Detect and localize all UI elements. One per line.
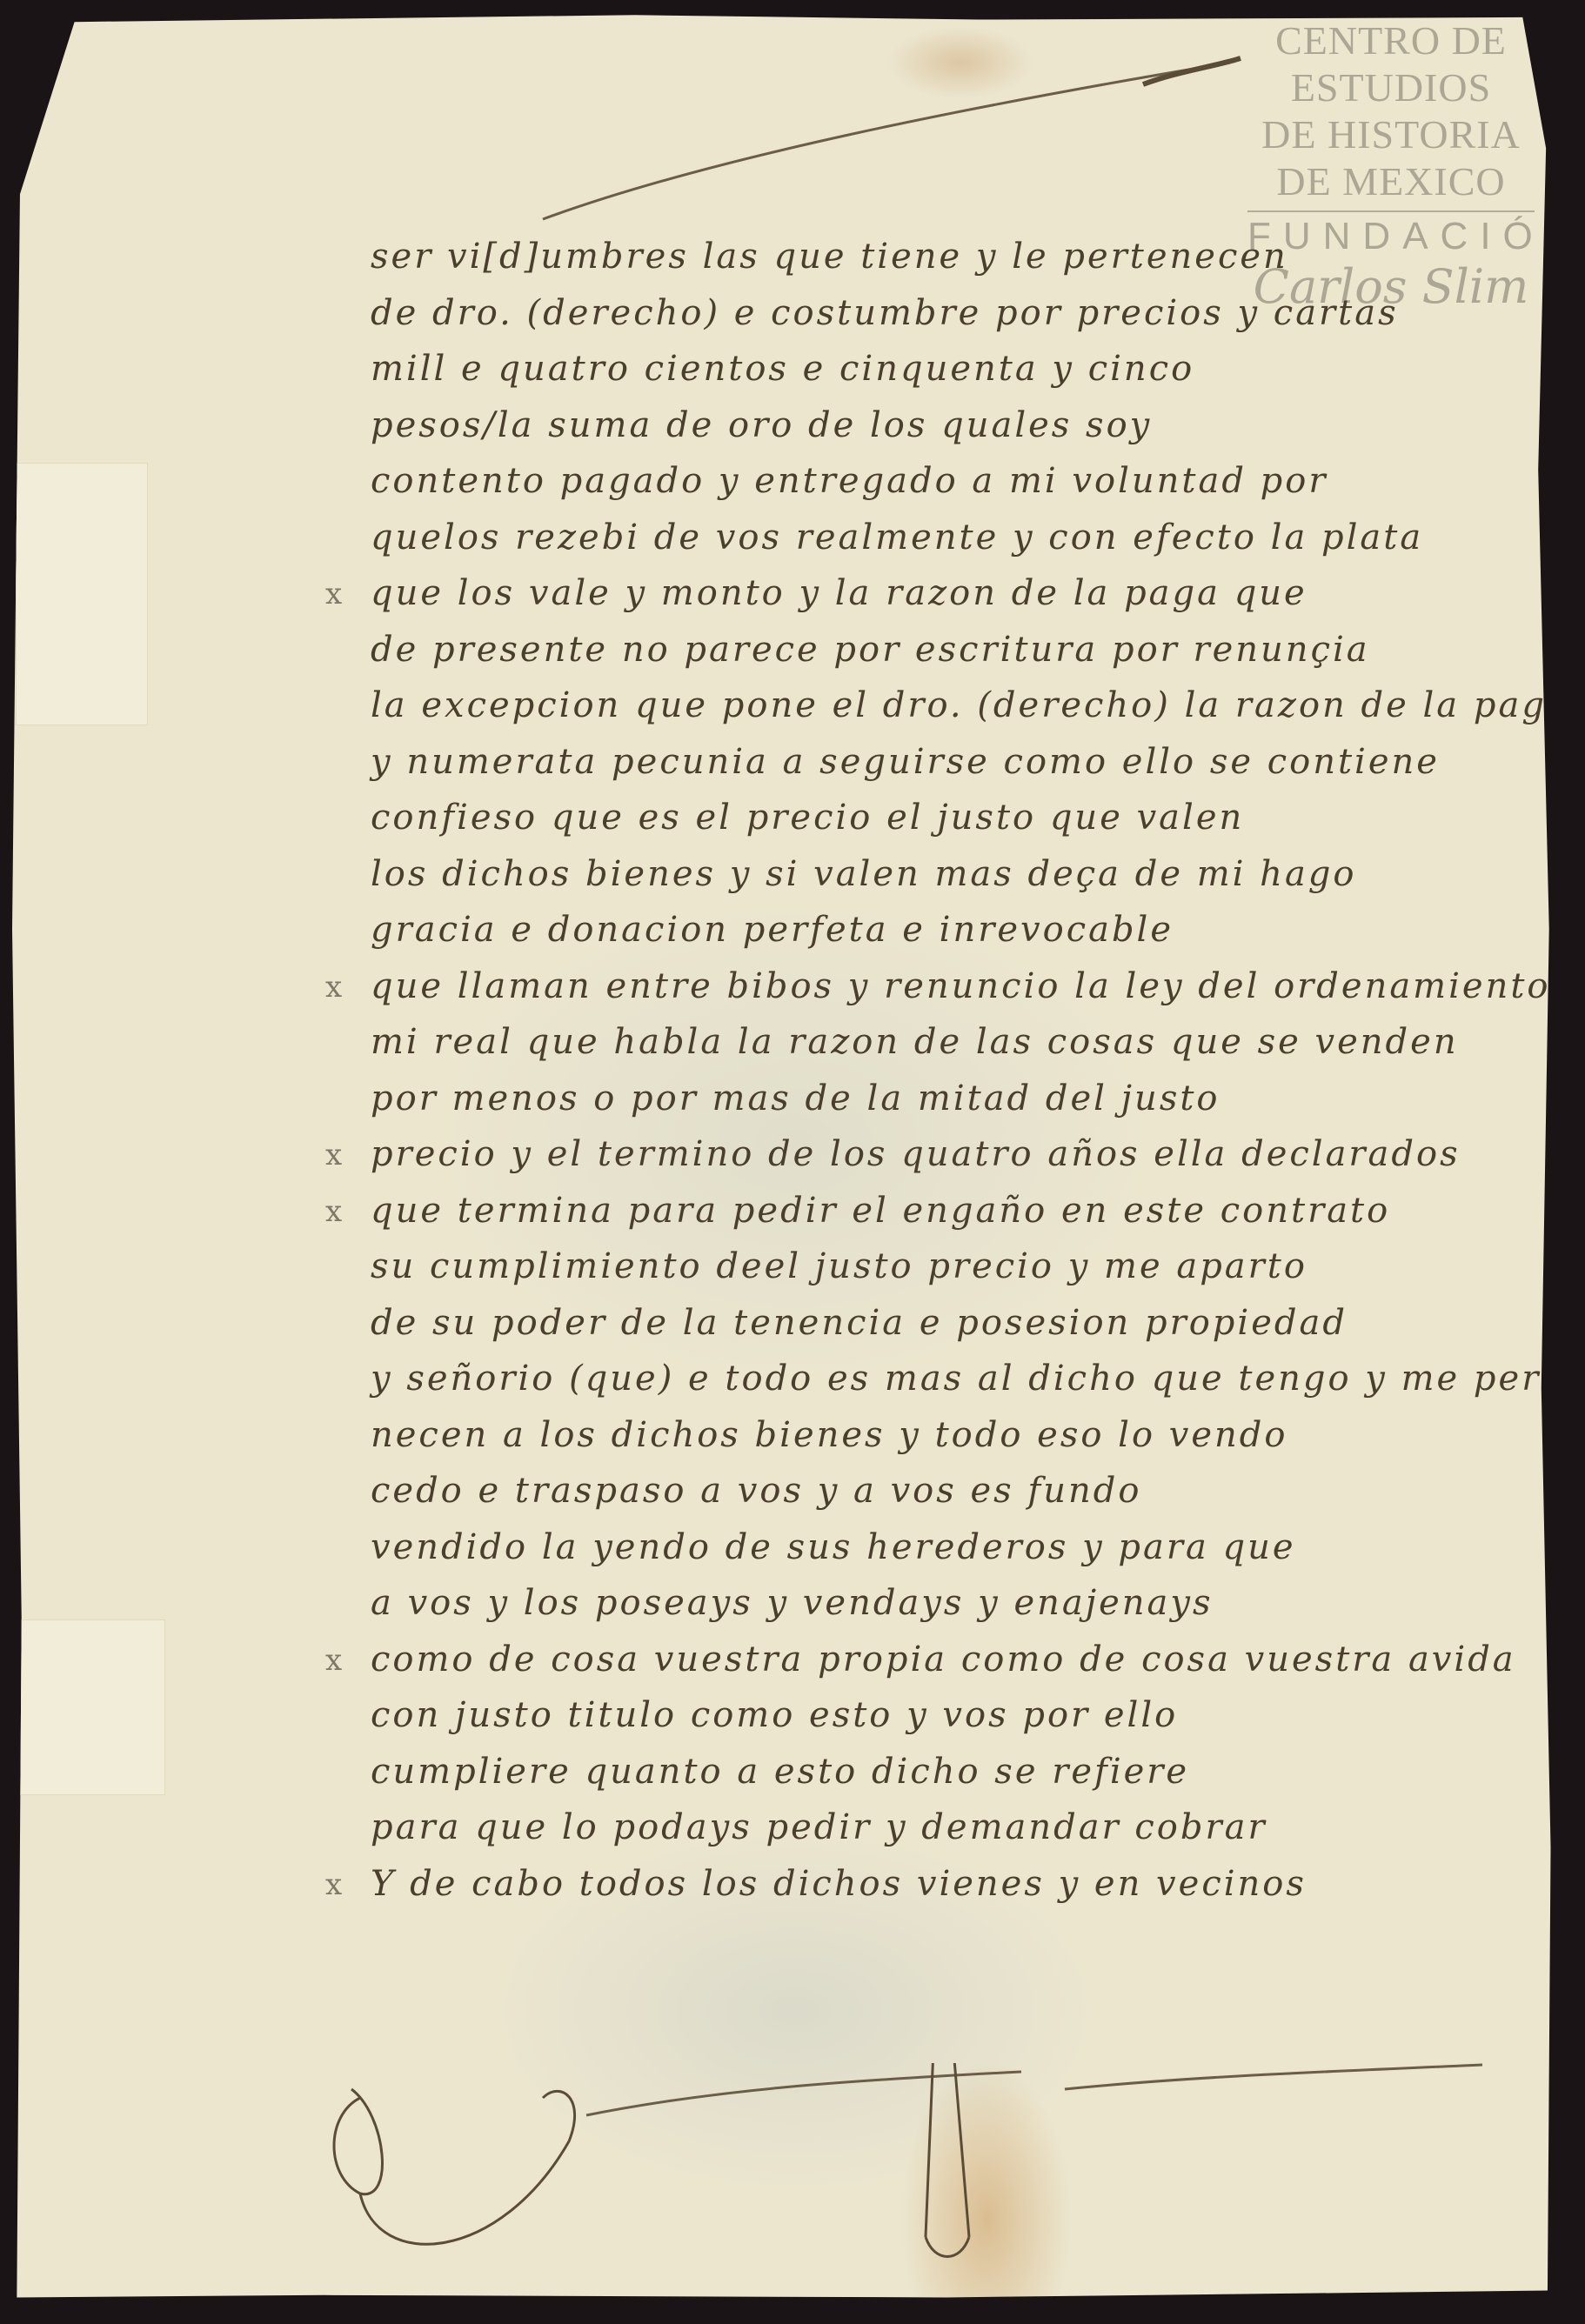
- margin-x-mark: x: [325, 970, 344, 1005]
- manuscript-text-block: ser vi[d]umbres las que tiene y le perte…: [371, 237, 1493, 1920]
- manuscript-page: CENTRO DE ESTUDIOS DE HISTORIA DE MEXICO…: [12, 10, 1569, 2307]
- margin-x-mark: x: [325, 1194, 344, 1229]
- manuscript-line: la excepcion que pone el dro. (derecho) …: [371, 685, 1493, 742]
- manuscript-line: mill e quatro cientos e cinquenta y cinc…: [371, 349, 1493, 405]
- manuscript-line: contento pagado y entregado a mi volunta…: [371, 461, 1493, 518]
- manuscript-line: cumpliere quanto a esto dicho se refiere: [371, 1752, 1493, 1808]
- manuscript-line: con justo titulo como esto y vos por ell…: [371, 1695, 1493, 1752]
- margin-x-mark: x: [325, 1867, 344, 1902]
- margin-x-mark: x: [325, 1138, 344, 1172]
- manuscript-line: a vos y los poseays y vendays y enajenay…: [371, 1583, 1493, 1639]
- manuscript-line: pesos/la suma de oro de los quales soy: [371, 405, 1493, 462]
- manuscript-line: de dro. (derecho) e costumbre por precio…: [371, 293, 1493, 350]
- paper-repair-patch: [16, 463, 148, 725]
- manuscript-line: de su poder de la tenencia e posesion pr…: [371, 1303, 1493, 1359]
- manuscript-line: y señorio (que) e todo es mas al dicho q…: [371, 1359, 1493, 1415]
- manuscript-line: gracia e donacion perfeta e inrevocable: [371, 910, 1493, 966]
- manuscript-line: ser vi[d]umbres las que tiene y le perte…: [371, 237, 1493, 293]
- manuscript-line: confieso que es el precio el justo que v…: [371, 798, 1493, 854]
- manuscript-line: vendido la yendo de sus herederos y para…: [371, 1527, 1493, 1584]
- manuscript-line: xcomo de cosa vuestra propia como de cos…: [371, 1639, 1493, 1696]
- manuscript-line: de presente no parece por escritura por …: [371, 630, 1493, 686]
- manuscript-line: su cumplimiento deel justo precio y me a…: [371, 1246, 1493, 1303]
- manuscript-line: por menos o por mas de la mitad del just…: [371, 1079, 1493, 1135]
- margin-x-mark: x: [325, 577, 344, 611]
- watermark-line: CENTRO DE: [1247, 17, 1535, 64]
- manuscript-line: xY de cabo todos los dichos vienes y en …: [371, 1864, 1493, 1920]
- paper-repair-patch: [16, 1619, 165, 1795]
- watermark-line: DE HISTORIA: [1247, 111, 1535, 158]
- manuscript-line: necen a los dichos bienes y todo eso lo …: [371, 1415, 1493, 1472]
- manuscript-line: xprecio y el termino de los quatro años …: [371, 1134, 1493, 1191]
- signature-rubric: [325, 2063, 1500, 2289]
- manuscript-line: quelos rezebi de vos realmente y con efe…: [371, 518, 1493, 574]
- top-flourish-stroke: [534, 54, 1247, 228]
- manuscript-line: xque termina para pedir el engaño en est…: [371, 1191, 1493, 1247]
- watermark-divider: [1247, 210, 1535, 212]
- manuscript-line: y numerata pecunia a seguirse como ello …: [371, 742, 1493, 798]
- watermark-line: DE MEXICO: [1247, 158, 1535, 205]
- manuscript-line: para que lo podays pedir y demandar cobr…: [371, 1807, 1493, 1864]
- manuscript-line: cedo e traspaso a vos y a vos es fundo: [371, 1471, 1493, 1527]
- manuscript-line: xque llaman entre bibos y renuncio la le…: [371, 966, 1493, 1023]
- watermark-line: ESTUDIOS: [1247, 64, 1535, 111]
- manuscript-line: xque los vale y monto y la razon de la p…: [371, 573, 1493, 630]
- margin-x-mark: x: [325, 1643, 344, 1678]
- manuscript-line: mi real que habla la razon de las cosas …: [371, 1022, 1493, 1079]
- manuscript-line: los dichos bienes y si valen mas deça de…: [371, 854, 1493, 911]
